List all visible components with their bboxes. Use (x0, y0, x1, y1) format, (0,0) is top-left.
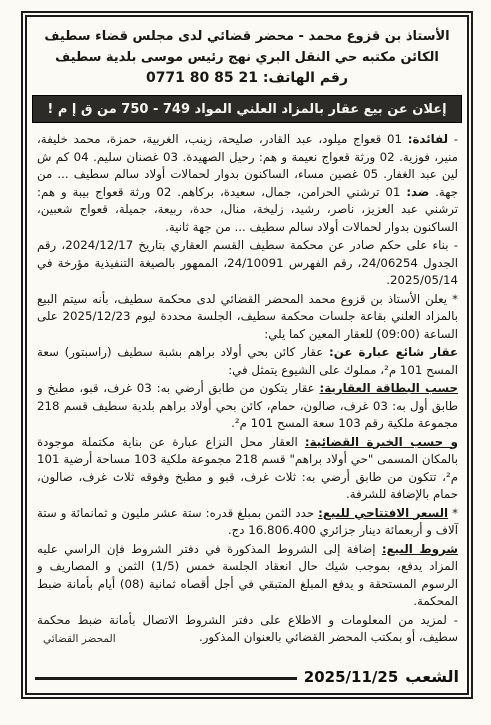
body-paragraphs: - لفائدة: 01 قعواج ميلود، عبد القادر، صل… (37, 131, 458, 647)
body-paragraph: * يعلن الأستاذ بن قزوع محمد المحضر القضا… (37, 291, 458, 344)
paragraph-text: - (448, 132, 458, 146)
paragraph-lead: عقار شائع عبارة عن: (329, 345, 458, 359)
phone-number: 0771 80 85 21 (146, 70, 258, 86)
phone-label: رقم الهاتف: (263, 70, 348, 86)
scanned-ad-page: الأستاذ بن قزوع محمد - محضر قضائي لدى مج… (0, 0, 491, 725)
paragraph-lead: و حسب الخبرة القضائية: (305, 435, 458, 449)
header-line-officer: الأستاذ بن قزوع محمد - محضر قضائي لدى مج… (27, 26, 467, 47)
body-paragraph: شروط البيع: إضافة إلى الشروط المذكورة في… (37, 541, 458, 611)
newspaper-name: الشعب (405, 667, 459, 686)
header-phone-line: رقم الهاتف: 0771 80 85 21 (27, 68, 467, 89)
paragraph-lead: حسب البطاقة العقارية: (319, 381, 458, 395)
paragraph-text: * يعلن الأستاذ بن قزوع محمد المحضر القضا… (37, 292, 458, 341)
body-paragraph: حسب البطاقة العقارية: عقار يتكون من طابق… (37, 380, 458, 433)
body-paragraph: * السعر الافتتاحي للبيع: حدد الثمن بمبلغ… (37, 505, 458, 540)
title-bar: إعلان عن بيع عقار بالمزاد العلني المواد … (32, 95, 462, 123)
paragraph-text: * (448, 506, 458, 520)
paragraph-lead: السعر الافتتاحي للبيع: (318, 506, 448, 520)
header: الأستاذ بن قزوع محمد - محضر قضائي لدى مج… (27, 17, 467, 89)
paragraph-text: 01 ترشني الحرامن، جمال، سعيدة، بركاهم. 0… (37, 185, 458, 234)
body-paragraph: و حسب الخبرة القضائية: العقار محل النزاع… (37, 434, 458, 504)
body-paragraph: عقار شائع عبارة عن: عقار كائن بحي أولاد … (37, 344, 458, 379)
body-paragraph: - بناء على حكم صادر عن محكمة سطيف القسم … (37, 237, 458, 290)
paragraph-lead: ضد: (406, 185, 429, 199)
paragraph-lead: شروط البيع: (382, 542, 458, 556)
header-line-address: الكائن مكتبه حي النقل البري نهج رئيس موس… (27, 47, 467, 68)
body-paragraph: - لفائدة: 01 قعواج ميلود، عبد القادر، صل… (37, 131, 458, 236)
paragraph-text: - بناء على حكم صادر عن محكمة سطيف القسم … (37, 238, 458, 287)
footer-date: 2025/11/25 (304, 668, 398, 686)
footer: الشعب 2025/11/25 (35, 667, 459, 686)
paragraph-lead: لفائدة: (408, 132, 448, 146)
footer-rule (35, 677, 297, 680)
ad-frame: الأستاذ بن قزوع محمد - محضر قضائي لدى مج… (21, 11, 473, 699)
